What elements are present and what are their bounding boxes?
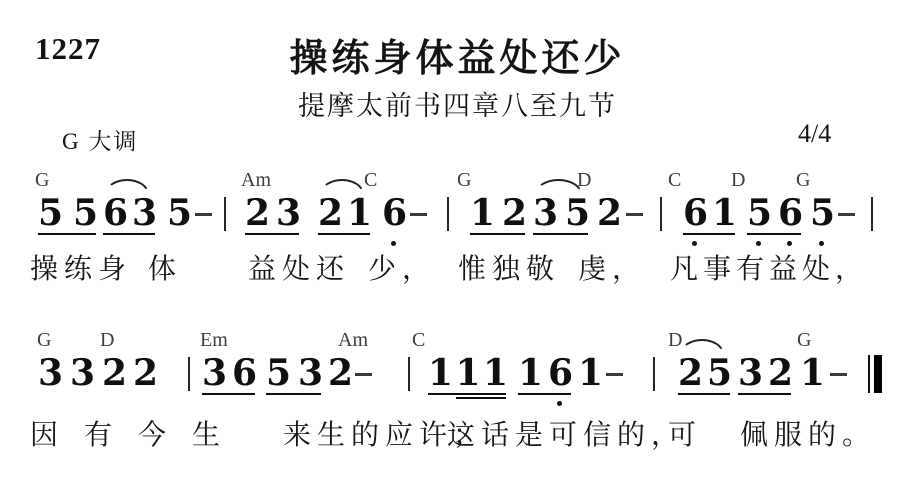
final-barline-thick	[874, 355, 882, 393]
final-barline-thin	[868, 355, 870, 393]
note: 1	[483, 356, 508, 390]
note: 1	[800, 356, 825, 390]
note-group: 53	[266, 356, 321, 408]
chord-label: D	[100, 330, 114, 350]
note: 2	[328, 356, 353, 390]
chord-label: Am	[338, 330, 368, 350]
duration-dash	[355, 373, 372, 376]
note-group: 16	[518, 356, 571, 408]
duration-dash	[606, 373, 623, 376]
music-line-2: GDEmAmCDG33223653211116125321因有今生来生的应许；这…	[0, 0, 915, 503]
beam	[266, 393, 321, 395]
barline	[408, 357, 410, 391]
note: 6	[232, 356, 257, 390]
lyric-segment: 佩服的。	[740, 420, 876, 452]
lyric-segment: 可	[668, 420, 702, 452]
chord-label: G	[37, 330, 51, 350]
note-group: 111	[428, 356, 506, 408]
note: 1	[456, 356, 481, 390]
second-beam	[456, 397, 507, 399]
note-group: 32	[738, 356, 791, 408]
note: 2	[768, 356, 793, 390]
lyric-segment: 因有今生	[30, 420, 246, 452]
note: 6	[548, 356, 573, 390]
chord-label: D	[668, 330, 682, 350]
chord-label: G	[797, 330, 811, 350]
barline	[188, 357, 190, 391]
note: 1	[578, 356, 603, 390]
note: 5	[707, 356, 732, 390]
chord-label: C	[412, 330, 425, 350]
beam	[518, 393, 571, 395]
note: 2	[678, 356, 703, 390]
beam	[428, 393, 506, 395]
beam	[678, 393, 730, 395]
note: 3	[738, 356, 763, 390]
note-group: 36	[202, 356, 255, 408]
slur-arc	[680, 339, 724, 354]
note: 1	[518, 356, 543, 390]
note: 2	[102, 356, 127, 390]
chord-label: Em	[200, 330, 228, 350]
note: 3	[298, 356, 323, 390]
note: 5	[266, 356, 291, 390]
note: 2	[133, 356, 158, 390]
note-group: 25	[678, 356, 730, 408]
note: 3	[38, 356, 63, 390]
note: 1	[428, 356, 453, 390]
octave-dot	[557, 401, 562, 406]
beam	[738, 393, 791, 395]
barline	[653, 357, 655, 391]
note: 3	[202, 356, 227, 390]
duration-dash	[830, 373, 847, 376]
note: 3	[70, 356, 95, 390]
lyric-segment: 这话是可信的，	[447, 420, 685, 452]
beam	[202, 393, 255, 395]
hymn-sheet: 1227 操练身体益处还少 提摩太前书四章八至九节 G 大调 4/4 GAmCG…	[0, 0, 915, 503]
